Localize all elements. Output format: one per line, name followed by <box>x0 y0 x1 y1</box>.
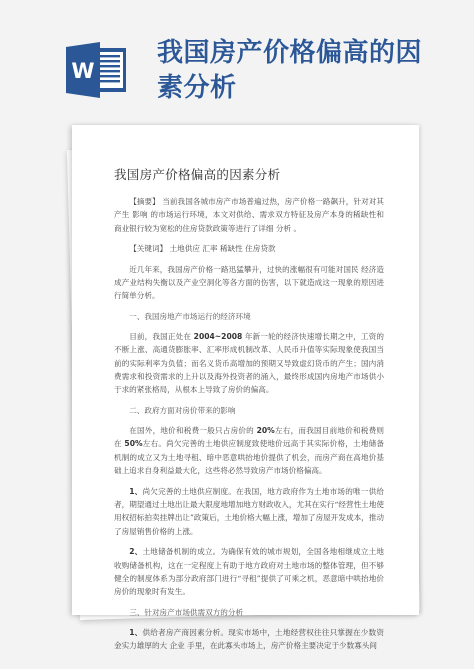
section1-heading: 一、我国房地产市场运行的经济环境 <box>114 310 384 323</box>
word-document-icon: W <box>66 42 126 98</box>
keywords-text: 土地供应 汇率 稀缺性 住房贷款 <box>170 244 276 253</box>
item-text: 土地储备机制的成立。为确保有效的城市规划，全国各地相继成立土地收购储备机构，这在… <box>114 547 384 596</box>
item-text: 尚欠完善的土地供应制度。在我国，地方政府作为土地市场的唯一供给者，期望通过土地出… <box>114 487 384 536</box>
section2-item2: 2、土地储备机制的成立。为确保有效的城市规划，全国各地相继成立土地收购储备机构，… <box>114 545 384 599</box>
section3-heading: 三、针对房产市场供需双方的分析 <box>114 606 384 619</box>
section1-text-a: 目前，我国正处在 <box>129 332 191 341</box>
document-title: 我国房产价格偏高的因素分析 <box>114 165 384 183</box>
percent-20: 20% <box>257 426 275 435</box>
abstract-paragraph: 【摘要】 当前我国各城市房产市场普遍过热，房产价格一路飙升，针对对其产生 影响 … <box>114 195 384 235</box>
document-body: 我国房产价格偏高的因素分析 【摘要】 当前我国各城市房产市场普遍过热，房产价格一… <box>114 165 384 660</box>
item-number: 1、 <box>129 628 142 637</box>
year-range: 2004~2008 <box>194 332 243 341</box>
item-number: 1、 <box>129 487 142 496</box>
item-number: 2、 <box>129 547 142 556</box>
percent-50: 50% <box>124 439 142 448</box>
svg-text:W: W <box>71 59 94 83</box>
section2-heading: 二、政府方面对房价带来的影响 <box>114 404 384 417</box>
cover-title: 我国房产价格偏高的因素分析 <box>157 36 427 106</box>
section2-paragraph: 在国外，地价和税费一般只占房价的 20%左右，而我国目前地价和税费则在 50%左… <box>114 424 384 478</box>
section1-text-b: 年新一轮的经济快速增长期之中，工资的不断上涨、高通货膨胀率、汇率形成机制改革、人… <box>114 332 384 395</box>
section1-paragraph: 目前，我国正处在 2004~2008 年新一轮的经济快速增长期之中，工资的不断上… <box>114 330 384 397</box>
section2-item1: 1、尚欠完善的土地供应制度。在我国，地方政府作为土地市场的唯一供给者，期望通过土… <box>114 485 384 539</box>
section2-text-a: 在国外，地价和税费一般只占房价的 <box>129 426 254 435</box>
abstract-label: 【摘要】 <box>129 197 160 206</box>
keywords-paragraph: 【关键词】 土地供应 汇率 稀缺性 住房贷款 <box>114 242 384 255</box>
item-text: 供给者房产商因素分析。现实市场中，土地经营权往往只掌握在少数资金实力雄厚的大 企… <box>114 628 384 650</box>
keywords-label: 【关键词】 <box>129 244 167 253</box>
section2-text-c: 左右。尚欠完善的土地供应制度致使地价远高于其实际价格，土地储备机制的成立又为土地… <box>114 439 384 475</box>
intro-paragraph: 近几年来，我国房产价格一路迅猛攀升，过快的涨幅很有可能对国民 经济造成产业结构失… <box>114 263 384 303</box>
section3-item1: 1、供给者房产商因素分析。现实市场中，土地经营权往往只掌握在少数资金实力雄厚的大… <box>114 626 384 653</box>
cover-header: W 我国房产价格偏高的因素分析 <box>0 0 474 125</box>
document-page: 我国房产价格偏高的因素分析 【摘要】 当前我国各城市房产市场普遍过热，房产价格一… <box>72 125 419 615</box>
